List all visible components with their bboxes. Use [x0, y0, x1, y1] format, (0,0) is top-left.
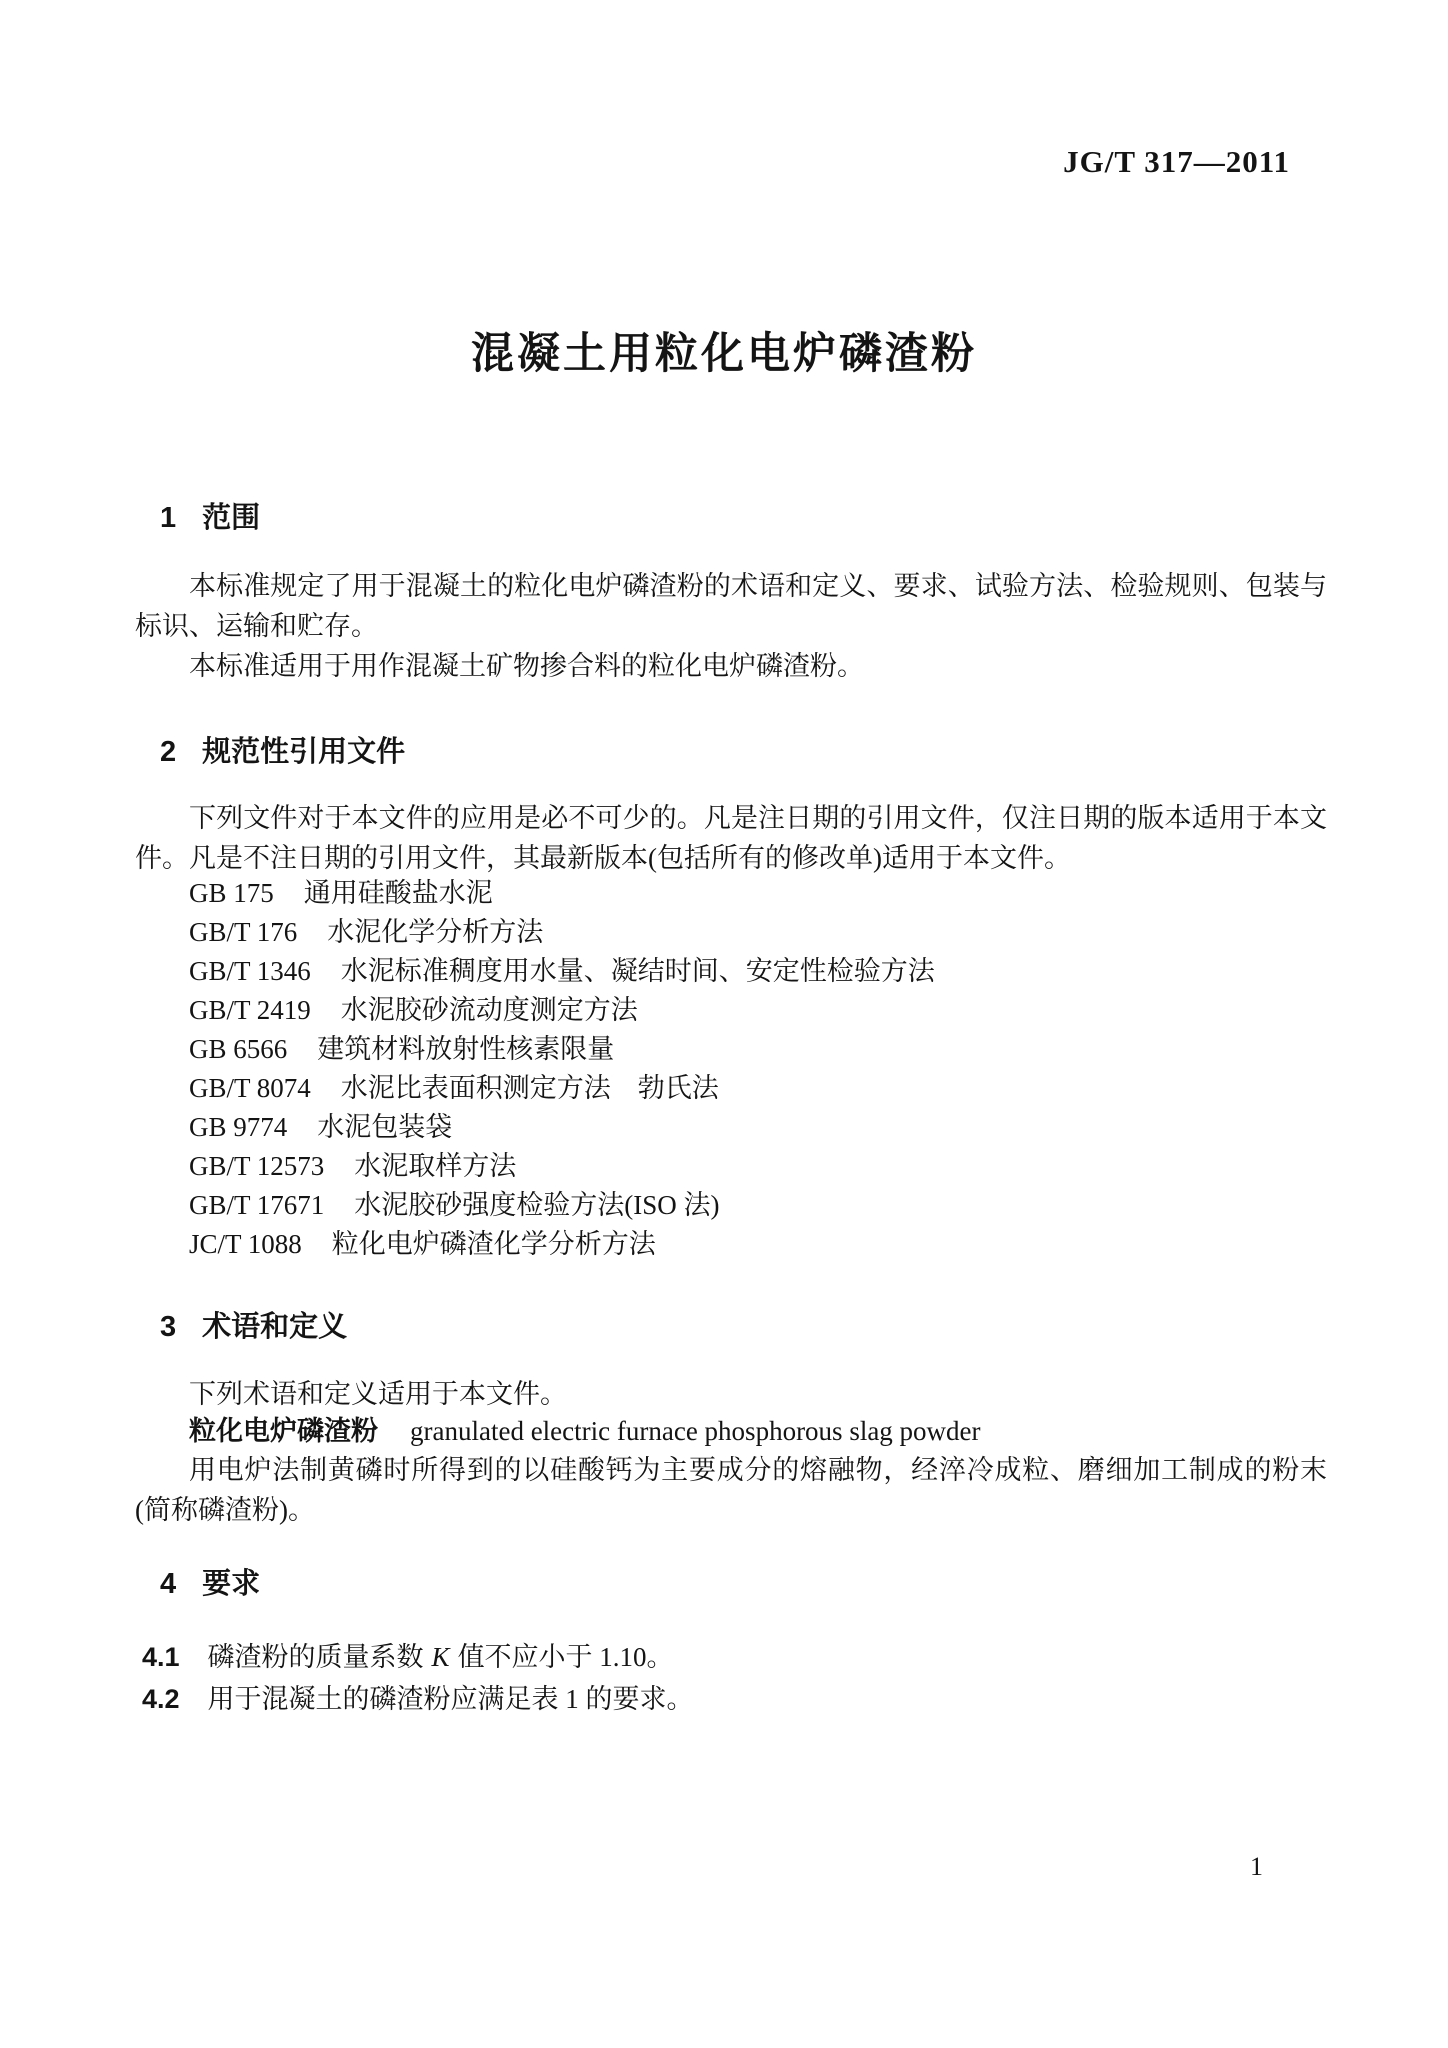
section-1-heading: 1范围: [160, 495, 260, 536]
section-1-paragraph-1: 本标准规定了用于混凝土的粒化电炉磷渣粉的术语和定义、要求、试验方法、检验规则、包…: [135, 566, 1327, 646]
reference-item: GB/T 8074水泥比表面积测定方法 勃氏法: [189, 1069, 1329, 1108]
section-3-intro: 下列术语和定义适用于本文件。: [189, 1374, 1329, 1414]
reference-item: GB 175通用硅酸盐水泥: [189, 874, 1329, 913]
clause-4-2-number: 4.2: [142, 1680, 180, 1718]
reference-code: GB/T 176: [189, 913, 297, 952]
reference-code: GB/T 12573: [189, 1147, 324, 1186]
section-2-number: 2: [160, 736, 176, 769]
reference-title: 粒化电炉磷渣化学分析方法: [332, 1229, 656, 1259]
reference-code: GB 175: [189, 874, 274, 913]
reference-title: 建筑材料放射性核素限量: [317, 1034, 614, 1064]
doc-number: JG/T 317—2011: [1063, 144, 1290, 180]
reference-code: GB/T 1346: [189, 952, 311, 991]
section-4-heading: 4要求: [160, 1561, 260, 1602]
reference-title: 水泥胶砂强度检验方法(ISO 法): [354, 1190, 719, 1220]
reference-item: GB/T 176水泥化学分析方法: [189, 913, 1329, 952]
reference-list: GB 175通用硅酸盐水泥 GB/T 176水泥化学分析方法 GB/T 1346…: [189, 874, 1329, 1264]
reference-item: GB/T 1346水泥标准稠度用水量、凝结时间、安定性检验方法: [189, 952, 1329, 991]
page-number: 1: [1250, 1852, 1263, 1882]
term-definition-text: 用电炉法制黄磷时所得到的以硅酸钙为主要成分的熔融物，经淬冷成粒、磨细加工制成的粉…: [135, 1450, 1327, 1530]
section-1-paragraph-2: 本标准适用于用作混凝土矿物掺合料的粒化电炉磷渣粉。: [135, 646, 1327, 686]
reference-title: 通用硅酸盐水泥: [304, 878, 493, 908]
section-3-number: 3: [160, 1311, 176, 1344]
reference-code: GB 9774: [189, 1108, 287, 1147]
reference-code: GB/T 17671: [189, 1186, 324, 1225]
clause-4-1-number: 4.1: [142, 1638, 180, 1676]
reference-item: GB 6566建筑材料放射性核素限量: [189, 1030, 1329, 1069]
clause-4-1-post: 值不应小于 1.10。: [458, 1642, 674, 1672]
term-chinese: 粒化电炉磷渣粉: [189, 1416, 378, 1446]
reference-code: GB/T 8074: [189, 1069, 311, 1108]
section-1-number: 1: [160, 502, 176, 535]
section-4-title: 要求: [202, 1568, 260, 1600]
section-2-heading: 2规范性引用文件: [160, 729, 405, 770]
reference-title: 水泥胶砂流动度测定方法: [341, 995, 638, 1025]
reference-code: GB/T 2419: [189, 991, 311, 1030]
reference-title: 水泥包装袋: [317, 1112, 452, 1142]
reference-item: JC/T 1088粒化电炉磷渣化学分析方法: [189, 1225, 1329, 1264]
term-definition-line: 粒化电炉磷渣粉granulated electric furnace phosp…: [189, 1412, 1329, 1450]
clause-4-2: 4.2用于混凝土的磷渣粉应满足表 1 的要求。: [142, 1680, 1332, 1718]
clause-4-2-text: 用于混凝土的磷渣粉应满足表 1 的要求。: [208, 1684, 694, 1714]
section-3-title: 术语和定义: [202, 1311, 347, 1343]
reference-code: JC/T 1088: [189, 1225, 302, 1264]
clause-4-1: 4.1磷渣粉的质量系数K值不应小于 1.10。: [142, 1638, 1332, 1676]
symbol-K: K: [432, 1642, 450, 1672]
reference-title: 水泥比表面积测定方法 勃氏法: [341, 1073, 719, 1103]
section-2-paragraph-1: 下列文件对于本文件的应用是必不可少的。凡是注日期的引用文件，仅注日期的版本适用于…: [135, 798, 1327, 878]
document-page: JG/T 317—2011 混凝土用粒化电炉磷渣粉 1范围 本标准规定了用于混凝…: [0, 0, 1448, 2048]
reference-title: 水泥取样方法: [354, 1151, 516, 1181]
section-2-title: 规范性引用文件: [202, 736, 405, 768]
clause-4-1-pre: 磷渣粉的质量系数: [208, 1642, 424, 1672]
reference-item: GB 9774水泥包装袋: [189, 1108, 1329, 1147]
page-title: 混凝土用粒化电炉磷渣粉: [0, 320, 1448, 381]
term-english: granulated electric furnace phosphorous …: [410, 1416, 981, 1446]
section-1-title: 范围: [202, 502, 260, 534]
reference-item: GB/T 17671水泥胶砂强度检验方法(ISO 法): [189, 1186, 1329, 1225]
reference-item: GB/T 2419水泥胶砂流动度测定方法: [189, 991, 1329, 1030]
reference-code: GB 6566: [189, 1030, 287, 1069]
reference-title: 水泥标准稠度用水量、凝结时间、安定性检验方法: [341, 956, 935, 986]
reference-item: GB/T 12573水泥取样方法: [189, 1147, 1329, 1186]
section-3-heading: 3术语和定义: [160, 1304, 347, 1345]
section-4-number: 4: [160, 1568, 176, 1601]
reference-title: 水泥化学分析方法: [327, 917, 543, 947]
